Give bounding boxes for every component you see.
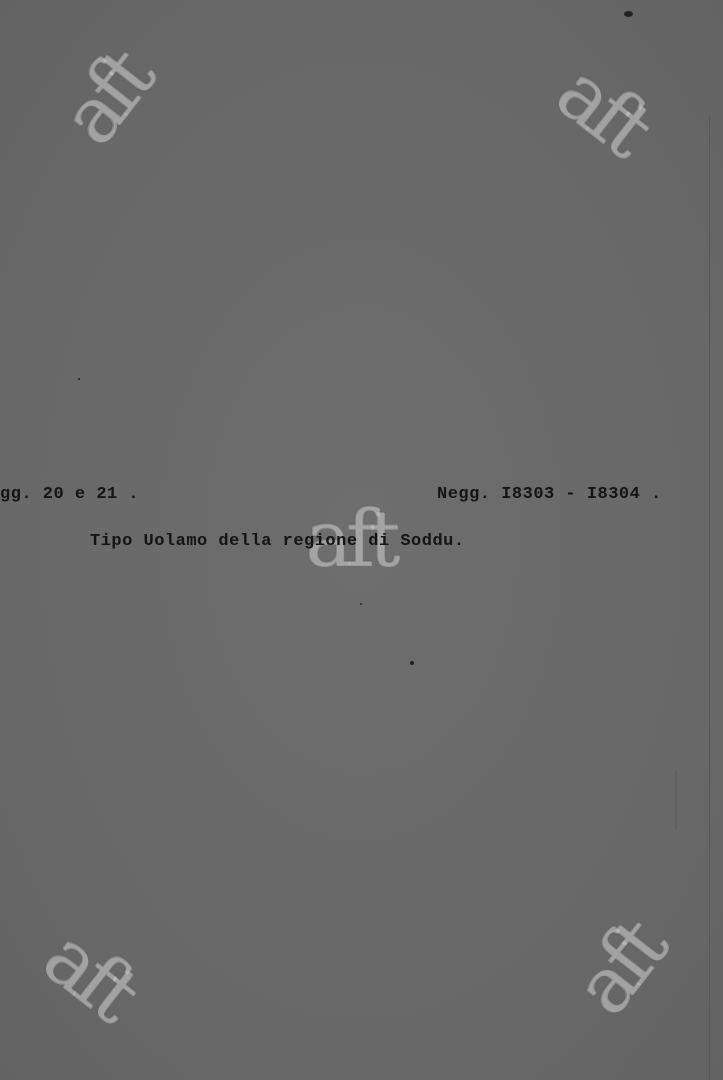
dust-speck	[78, 378, 80, 380]
watermark-bottom-right: aft	[561, 910, 677, 1028]
watermark-top-left: aft	[48, 40, 164, 158]
caption-text: Tipo Uolamo della regione di Soddu.	[90, 532, 465, 551]
scratch-mark	[675, 770, 677, 830]
negative-numbers-text: Negg. I8303 - I8304 .	[437, 485, 662, 504]
left-reference-text: gg. 20 e 21 .	[0, 485, 139, 504]
document-page: aft aft aft aft aft gg. 20 e 21 . Negg. …	[0, 0, 723, 1080]
watermark-top-right: aft	[543, 51, 661, 167]
card-edge-line	[709, 115, 710, 1080]
watermark-bottom-left: aft	[30, 916, 148, 1032]
dust-speck	[410, 661, 414, 665]
dust-speck	[360, 603, 362, 605]
dust-speck	[624, 11, 633, 17]
